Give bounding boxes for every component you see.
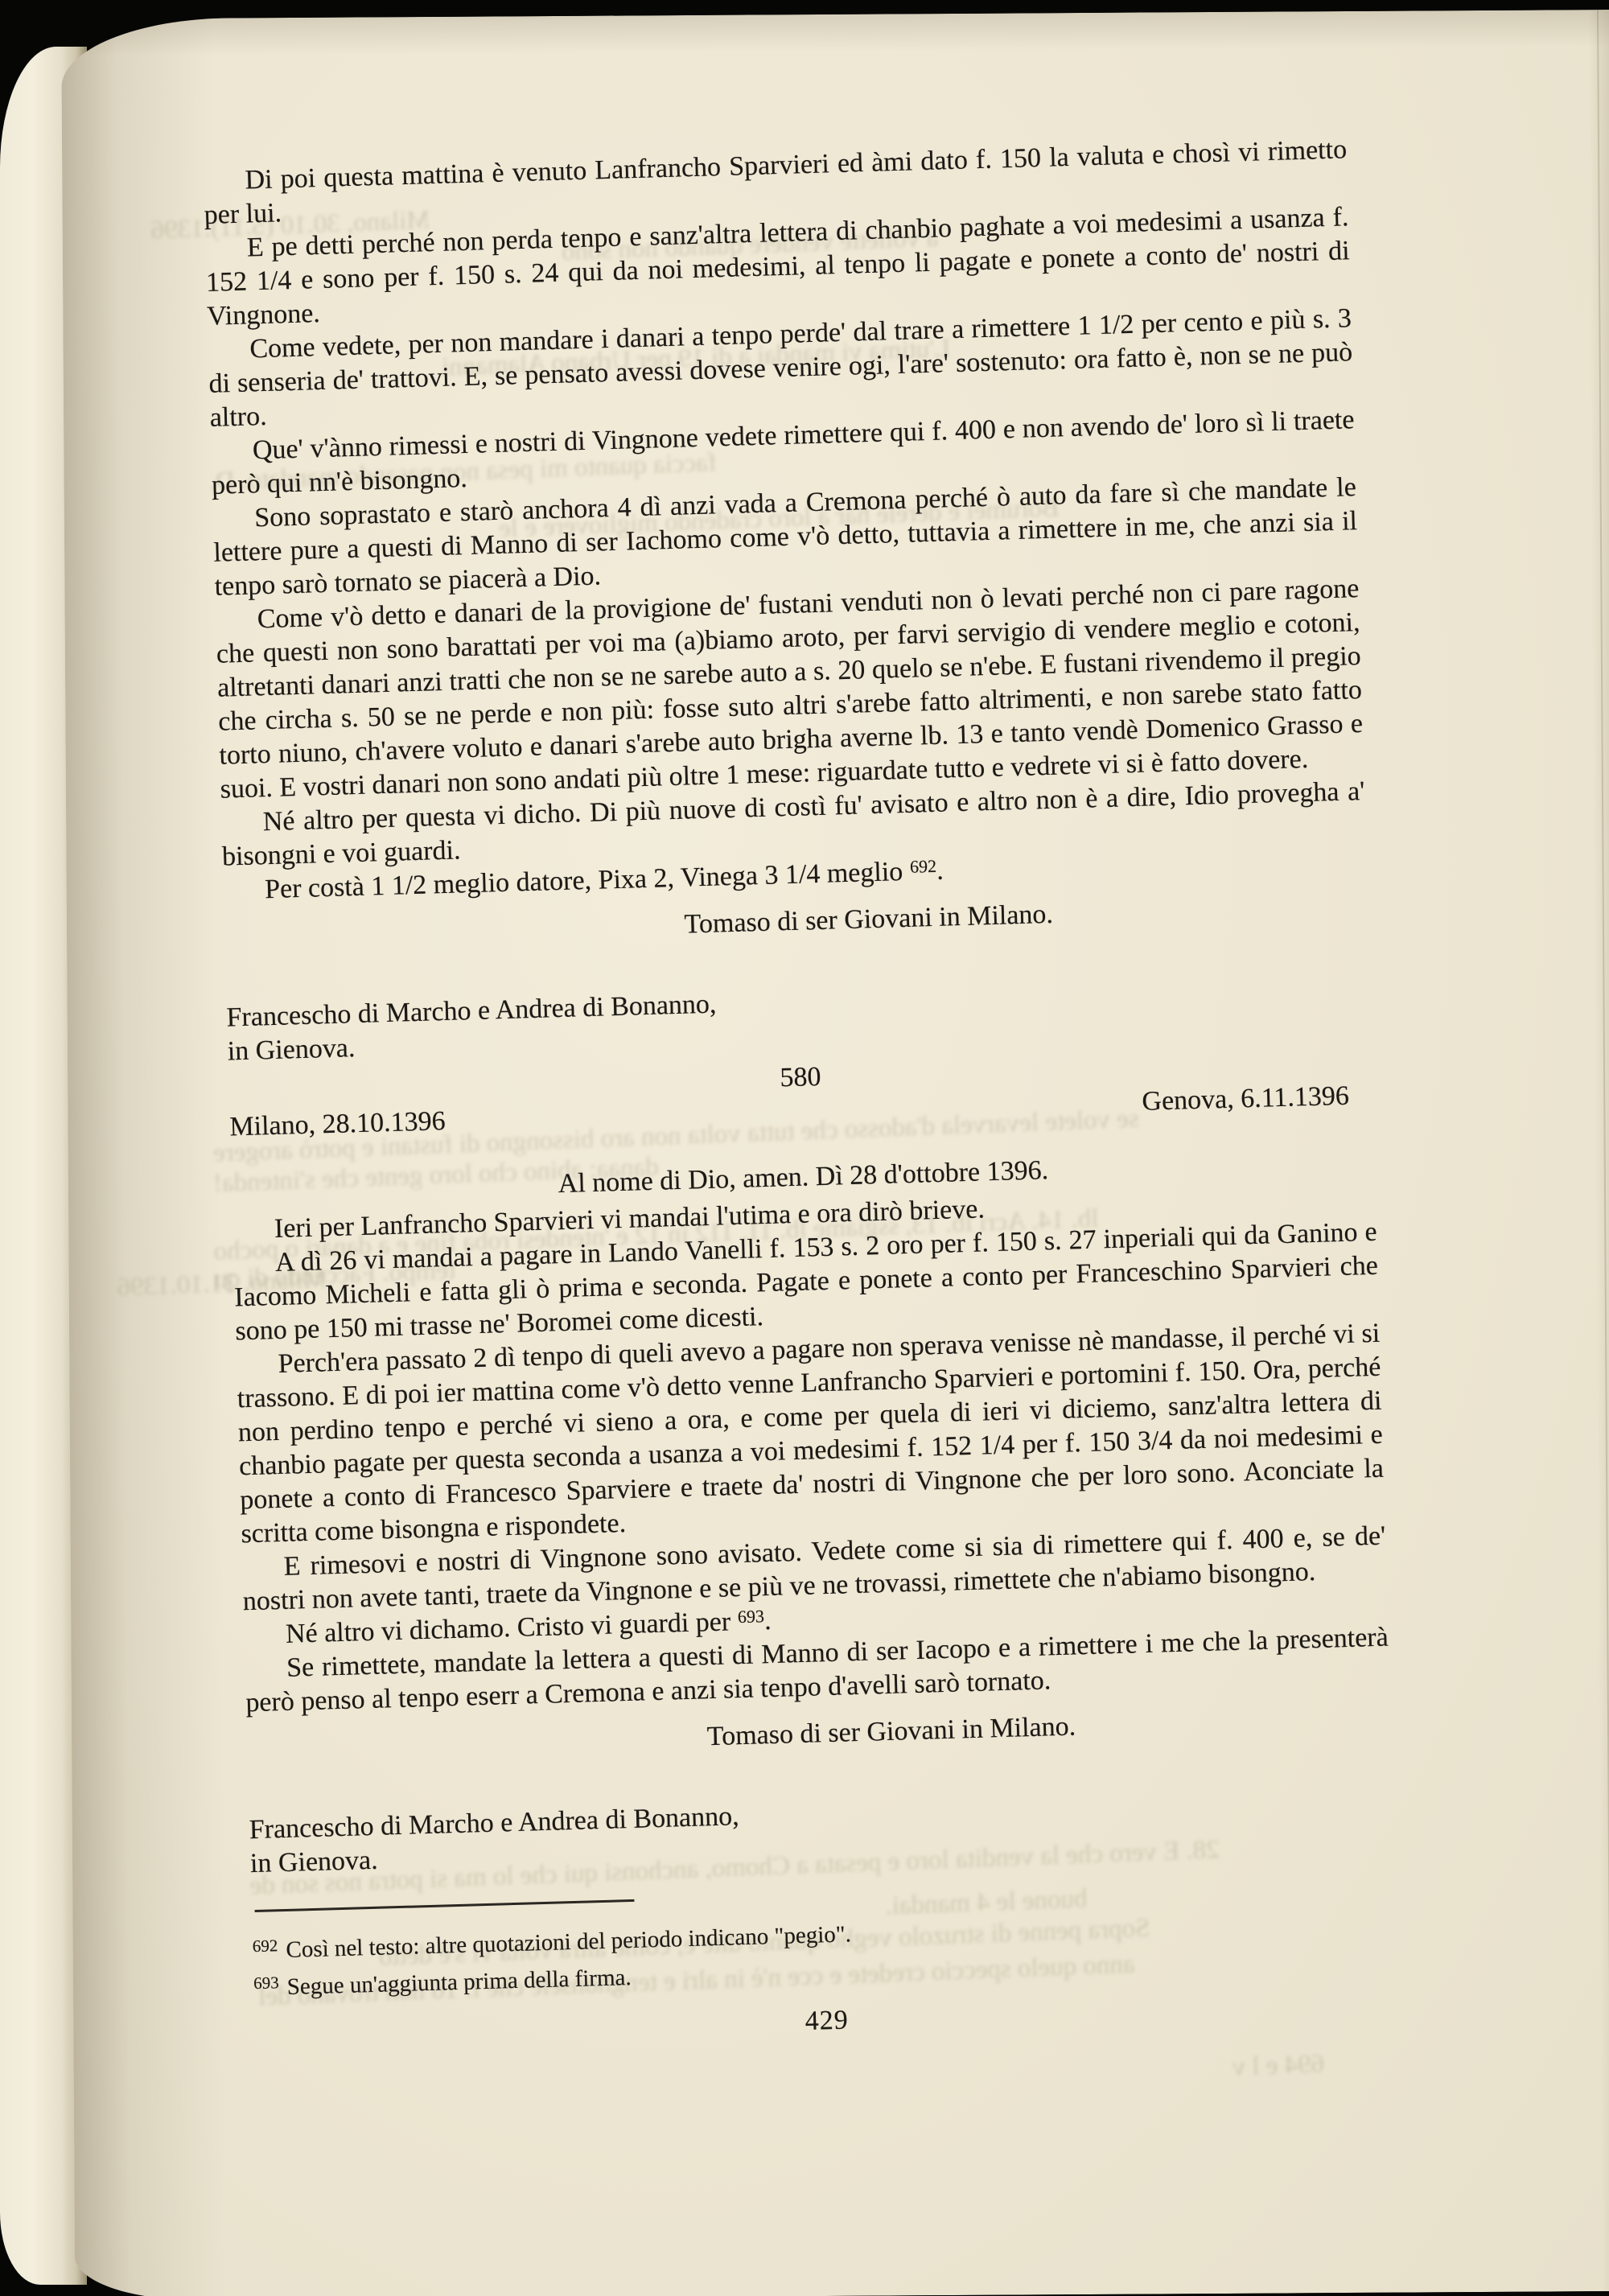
paragraph: Come v'ò detto e danari de la provigione… bbox=[215, 572, 1364, 807]
footnote-rule bbox=[255, 1899, 635, 1912]
paragraph-text: Come v'ò detto e danari de la provigione… bbox=[216, 574, 1363, 804]
footnote-number: 693 bbox=[253, 1973, 279, 1993]
book-scan: Milano, 30.10 (5.11).1396 a vollette ven… bbox=[0, 0, 1609, 2296]
letter-580: 580 Milano, 28.10.1396 Genova, 6.11.1396… bbox=[228, 1045, 1394, 1881]
letter-address: Francescho di Marcho e Andrea di Bonanno… bbox=[249, 1781, 1394, 1881]
bleedthrough-line: 694 e l v bbox=[1232, 2049, 1325, 2082]
footnote-number: 692 bbox=[253, 1936, 278, 1956]
footnotes: 692Così nel testo: altre quotazioni del … bbox=[252, 1898, 1397, 2004]
page-text-block: Di poi questa mattina è venuto Lanfranch… bbox=[203, 133, 1399, 2054]
paragraph-text: Perch'era passato 2 dì tenpo di queli av… bbox=[237, 1319, 1384, 1549]
footnote-ref-692: 692 bbox=[910, 856, 937, 877]
letter-prev-body: Di poi questa mattina è venuto Lanfranch… bbox=[203, 133, 1372, 1068]
paragraph-text: . bbox=[936, 856, 944, 886]
letter-signature: Tomaso di ser Giovani in Milano. bbox=[642, 889, 1368, 943]
date-place-right: Genova, 6.11.1396 bbox=[1142, 1080, 1350, 1119]
paragraph: Perch'era passato 2 dì tenpo di queli av… bbox=[236, 1317, 1385, 1552]
letter-signature: Tomaso di ser Giovani in Milano. bbox=[665, 1701, 1391, 1755]
footnote-text: Segue un'aggiunta prima della firma. bbox=[286, 1965, 632, 2000]
date-place-left: Milano, 28.10.1396 bbox=[229, 1105, 446, 1144]
paragraph-text: . bbox=[764, 1606, 772, 1636]
footnote-ref-693: 693 bbox=[738, 1606, 765, 1627]
